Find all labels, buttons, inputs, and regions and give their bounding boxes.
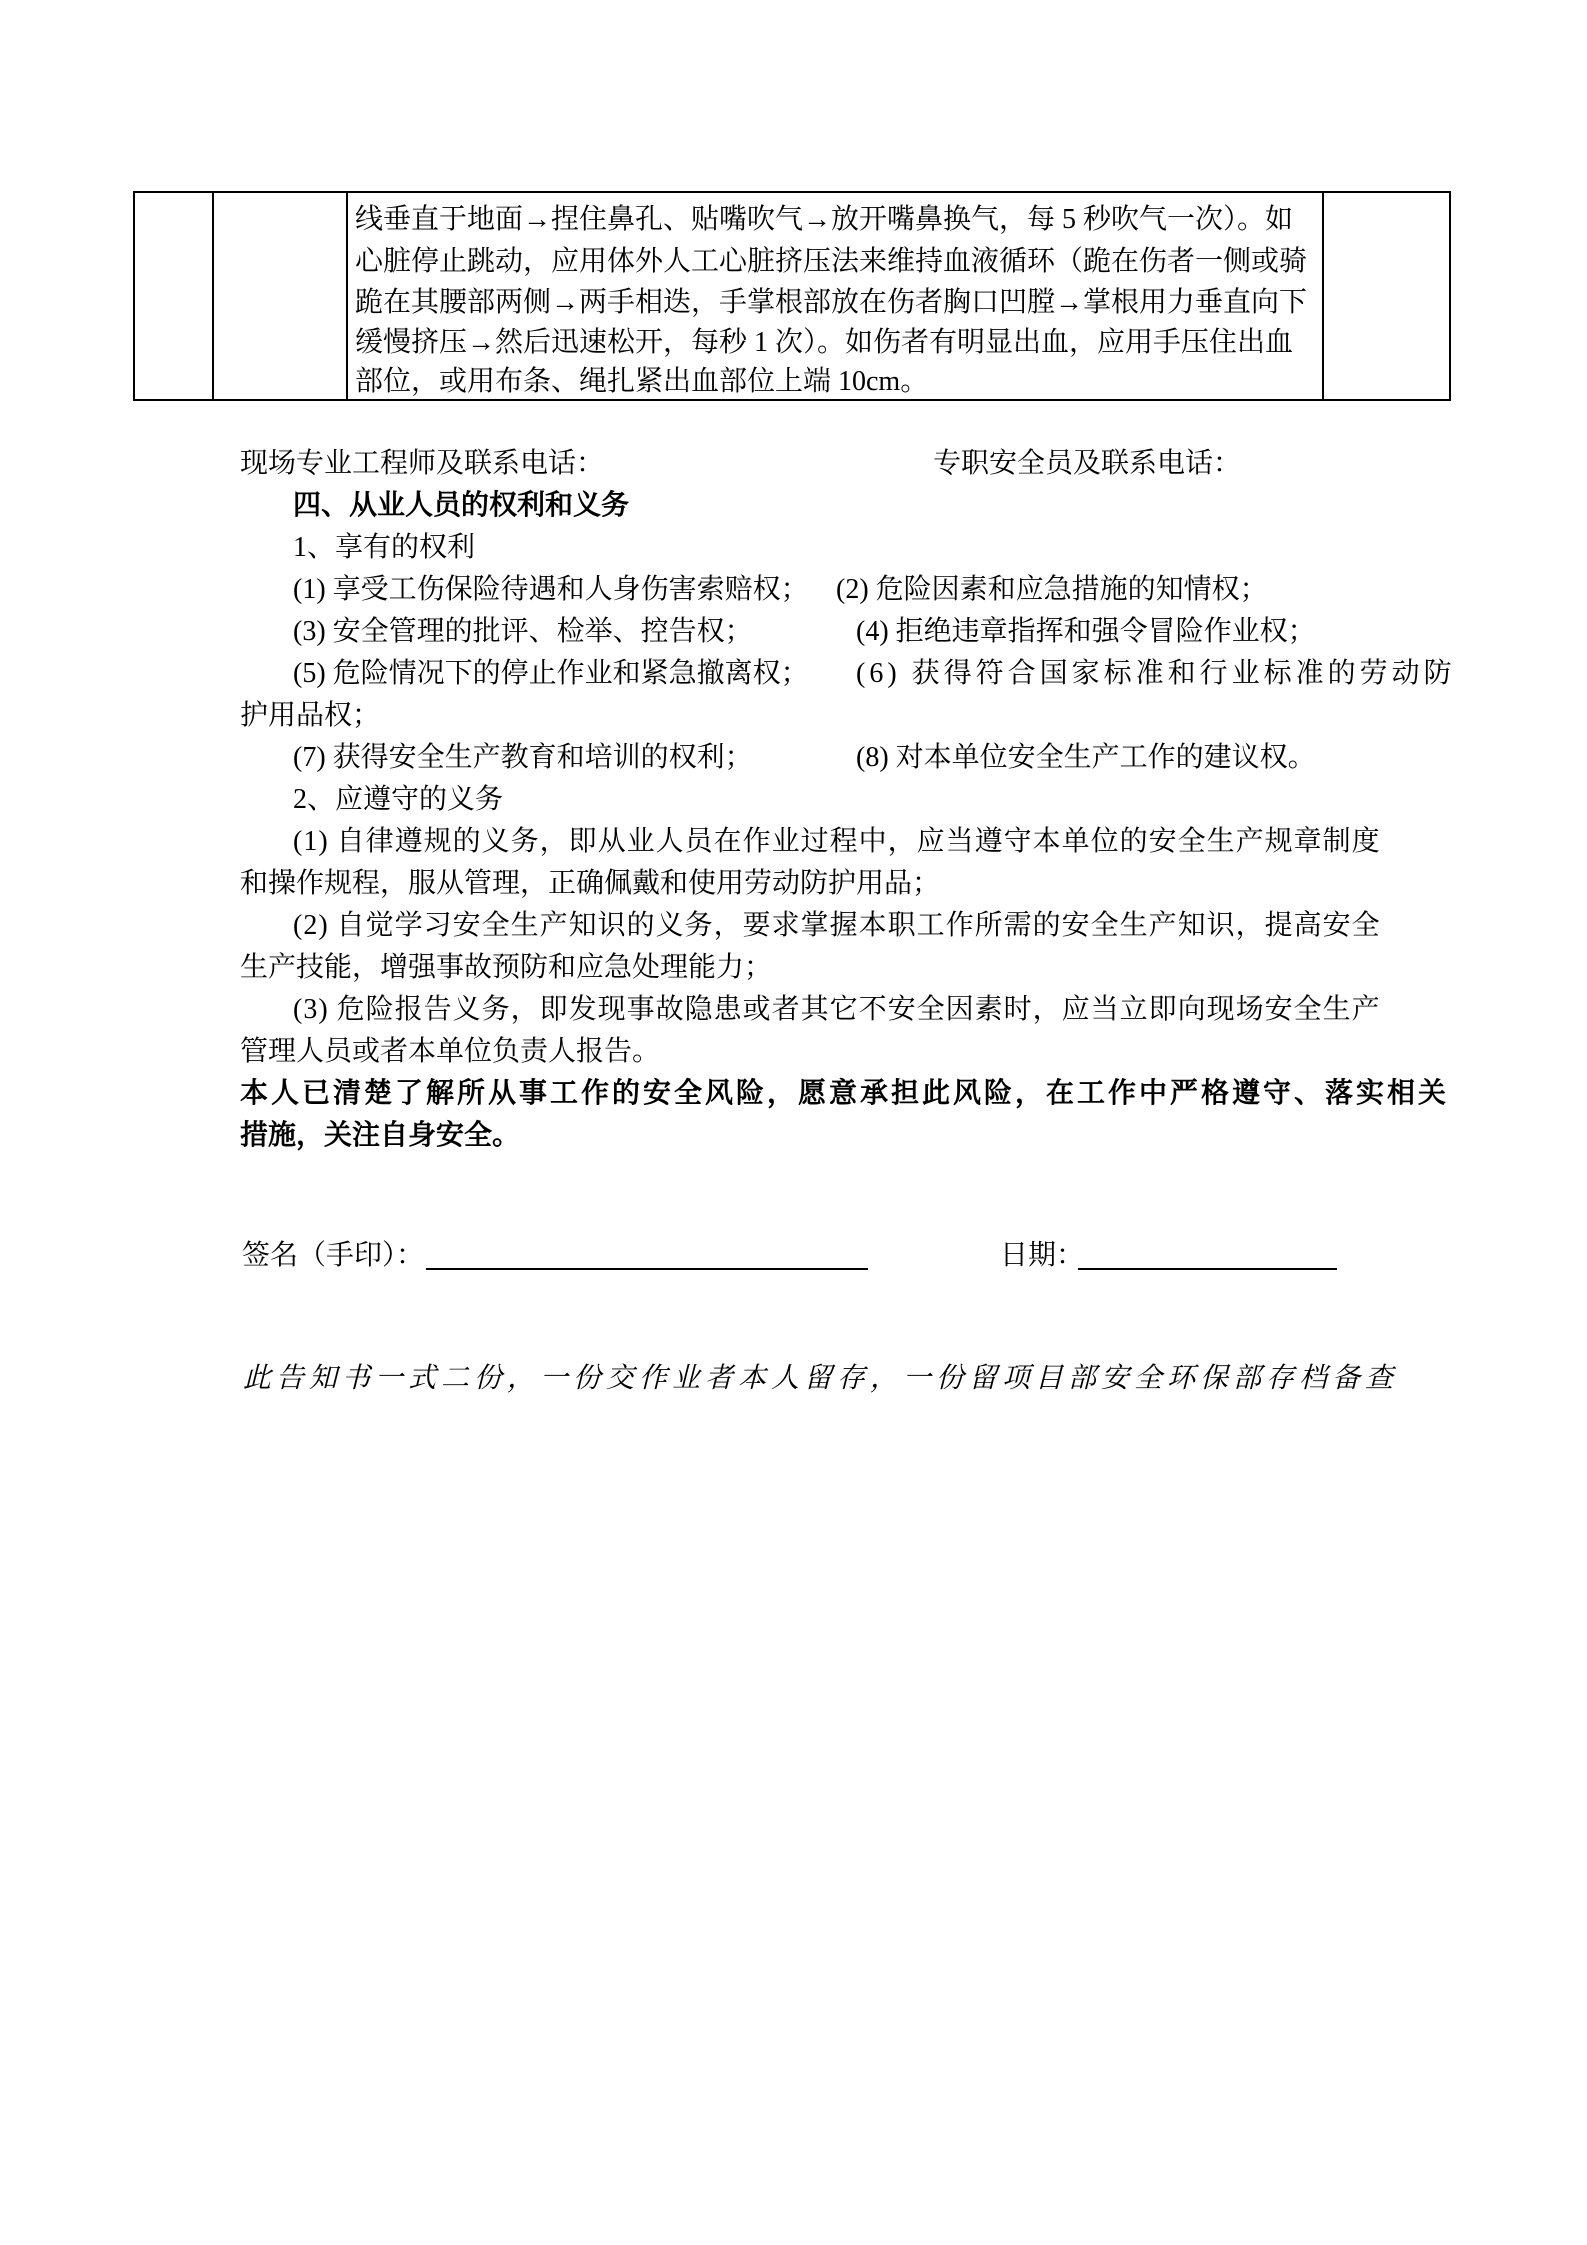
date-blank-line[interactable] bbox=[1078, 1268, 1337, 1270]
duty-3-line-1: (3) 危险报告义务，即发现事故隐患或者其它不安全因素时，应当立即向现场安全生产 bbox=[293, 994, 1381, 1025]
right-item-7: (7) 获得安全生产教育和培训的权利； bbox=[293, 742, 753, 773]
right-item-2: (2) 危险因素和应急措施的知情权； bbox=[836, 574, 1268, 605]
duty-2-line-2: 生产技能，增强事故预防和应急处理能力； bbox=[240, 952, 772, 983]
date-label: 日期： bbox=[1000, 1240, 1084, 1271]
right-item-5: (5) 危险情况下的停止作业和紧急撤离权； bbox=[293, 658, 809, 689]
safety-officer-contact-label: 专职安全员及联系电话： bbox=[933, 448, 1241, 479]
right-item-6-wrap: 护用品权； bbox=[240, 700, 380, 731]
duties-title: 2、应遵守的义务 bbox=[293, 784, 503, 815]
duty-1-line-1: (1) 自律遵规的义务，即从业人员在作业过程中，应当遵守本单位的安全生产规章制度 bbox=[293, 826, 1381, 857]
signature-label: 签名（手印）： bbox=[242, 1240, 424, 1271]
right-item-4: (4) 拒绝违章指挥和强令冒险作业权； bbox=[856, 616, 1316, 647]
right-item-8: (8) 对本单位安全生产工作的建议权。 bbox=[856, 742, 1316, 773]
table-column-divider bbox=[346, 193, 348, 399]
table-column-divider bbox=[212, 193, 214, 399]
table-cell-line: 跪在其腰部两侧→两手相迭，手掌根部放在伤者胸口凹膛→掌根用力垂直向下 bbox=[355, 287, 1307, 318]
duty-3-line-2: 管理人员或者本单位负责人报告。 bbox=[240, 1036, 660, 1067]
table-cell-line: 缓慢挤压→然后迅速松开，每秒 1 次）。如伤者有明显出血，应用手压住出血 bbox=[355, 327, 1293, 358]
table-cell-line: 心脏停止跳动，应用体外人工心脏挤压法来维持血液循环（跪在伤者一侧或骑 bbox=[355, 246, 1307, 277]
declaration-line-1: 本人已清楚了解所从事工作的安全风险，愿意承担此风险，在工作中严格遵守、落实相关 bbox=[240, 1078, 1449, 1109]
duty-1-line-2: 和操作规程，服从管理，正确佩戴和使用劳动防护用品； bbox=[240, 868, 940, 899]
table-column-divider bbox=[1322, 193, 1324, 399]
engineer-contact-label: 现场专业工程师及联系电话： bbox=[240, 448, 604, 479]
rights-title: 1、享有的权利 bbox=[293, 532, 475, 563]
duty-2-line-1: (2) 自觉学习安全生产知识的义务，要求掌握本职工作所需的安全生产知识，提高安全 bbox=[293, 910, 1381, 941]
document-page: 线垂直于地面→捏住鼻孔、贴嘴吹气→放开嘴鼻换气，每 5 秒吹气一次）。如 心脏停… bbox=[0, 0, 1587, 2245]
table-cell-line: 线垂直于地面→捏住鼻孔、贴嘴吹气→放开嘴鼻换气，每 5 秒吹气一次）。如 bbox=[355, 204, 1293, 235]
section-heading: 四、从业人员的权利和义务 bbox=[293, 490, 629, 521]
right-item-1: (1) 享受工伤保险待遇和人身伤害索赔权； bbox=[293, 574, 809, 605]
right-item-6: (6) 获得符合国家标准和行业标准的劳动防 bbox=[856, 658, 1456, 689]
declaration-line-2: 措施，关注自身安全。 bbox=[240, 1120, 520, 1151]
right-item-3: (3) 安全管理的批评、检举、控告权； bbox=[293, 616, 753, 647]
footer-note: 此告知书一式二份，一份交作业者本人留存，一份留项目部安全环保部存档备查 bbox=[243, 1363, 1398, 1394]
table-cell-line: 部位，或用布条、绳扎紧出血部位上端 10cm。 bbox=[355, 366, 928, 397]
signature-blank-line[interactable] bbox=[426, 1268, 868, 1270]
